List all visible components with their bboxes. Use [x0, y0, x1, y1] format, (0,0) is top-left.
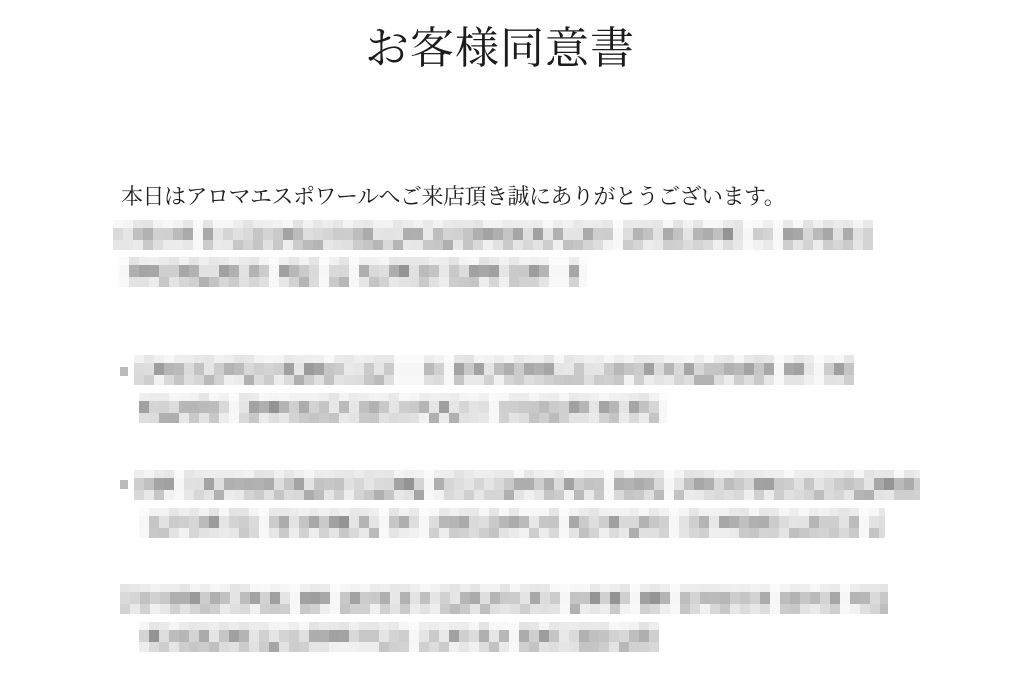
mosaic-cell: [330, 604, 340, 614]
mosaic-cell: [794, 363, 804, 375]
mosaic-cell: [169, 642, 179, 652]
mosaic-column: [683, 220, 693, 250]
mosaic-cell: [699, 516, 709, 528]
mosaic-cell: [689, 528, 699, 538]
mosaic-cell: [769, 528, 779, 538]
mosaic-cell: [314, 355, 324, 363]
mosaic-cell: [723, 228, 733, 240]
mosaic-cell: [220, 592, 230, 604]
mosaic-cell: [693, 220, 703, 228]
mosaic-column: [844, 355, 854, 385]
mosaic-cell: [514, 470, 524, 478]
mosaic-cell: [339, 630, 349, 642]
mosaic-cell: [244, 470, 254, 478]
mosaic-cell: [433, 220, 443, 228]
mosaic-column: [519, 622, 529, 652]
mosaic-cell: [560, 604, 570, 614]
mosaic-column: [784, 355, 794, 385]
mosaic-cell: [363, 228, 373, 240]
mosaic-cell: [169, 508, 179, 516]
mosaic-cell: [509, 508, 519, 516]
mosaic-cell: [769, 508, 779, 516]
mosaic-cell: [364, 355, 374, 363]
mosaic-cell: [419, 622, 429, 630]
mosaic-cell: [189, 508, 199, 516]
mosaic-cell: [543, 240, 553, 250]
mosaic-cell: [524, 355, 534, 363]
mosaic-cell: [864, 490, 874, 500]
mosaic-cell: [654, 490, 664, 500]
mosaic-column: [524, 355, 534, 385]
mosaic-cell: [209, 257, 219, 265]
mosaic-cell: [834, 363, 844, 375]
mosaic-cell: [354, 363, 364, 375]
mosaic-column: [664, 470, 674, 500]
mosaic-cell: [624, 490, 634, 500]
mosaic-cell: [139, 516, 149, 528]
mosaic-column: [420, 584, 430, 614]
mosaic-cell: [619, 516, 629, 528]
mosaic-cell: [429, 516, 439, 528]
mosaic-cell: [763, 220, 773, 228]
mosaic-cell: [289, 630, 299, 642]
mosaic-cell: [654, 355, 664, 363]
mosaic-cell: [509, 265, 519, 277]
mosaic-cell: [843, 220, 853, 228]
mosaic-cell: [723, 220, 733, 228]
mosaic-cell: [794, 375, 804, 385]
mosaic-column: [570, 584, 580, 614]
mosaic-cell: [319, 257, 329, 265]
mosaic-cell: [309, 277, 319, 287]
mosaic-cell: [864, 478, 874, 490]
mosaic-cell: [329, 257, 339, 265]
mosaic-cell: [703, 240, 713, 250]
mosaic-cell: [510, 604, 520, 614]
mosaic-column: [549, 257, 559, 287]
mosaic-cell: [814, 470, 824, 478]
mosaic-cell: [800, 592, 810, 604]
mosaic-column: [603, 220, 613, 250]
mosaic-cell: [519, 257, 529, 265]
mosaic-cell: [639, 630, 649, 642]
mosaic-cell: [519, 401, 529, 413]
mosaic-cell: [724, 375, 734, 385]
mosaic-column: [609, 622, 619, 652]
mosaic-column: [263, 220, 273, 250]
mosaic-column: [674, 470, 684, 500]
mosaic-column: [633, 220, 643, 250]
mosaic-cell: [789, 516, 799, 528]
mosaic-column: [509, 257, 519, 287]
mosaic-cell: [694, 375, 704, 385]
mosaic-column: [513, 220, 523, 250]
mosaic-cell: [169, 516, 179, 528]
mosaic-cell: [309, 642, 319, 652]
mosaic-column: [249, 508, 259, 538]
mosaic-column: [323, 220, 333, 250]
mosaic-column: [740, 584, 750, 614]
mosaic-cell: [309, 413, 319, 423]
mosaic-cell: [734, 363, 744, 375]
mosaic-cell: [449, 642, 459, 652]
mosaic-cell: [439, 516, 449, 528]
mosaic-cell: [594, 490, 604, 500]
mosaic-column: [279, 622, 289, 652]
mosaic-cell: [790, 584, 800, 592]
mosaic-cell: [190, 584, 200, 592]
mosaic-cell: [459, 508, 469, 516]
mosaic-cell: [854, 490, 864, 500]
mosaic-cell: [434, 375, 444, 385]
mosaic-cell: [354, 478, 364, 490]
mosaic-cell: [714, 478, 724, 490]
mosaic-cell: [309, 401, 319, 413]
mosaic-cell: [293, 220, 303, 228]
mosaic-column: [714, 355, 724, 385]
mosaic-cell: [349, 516, 359, 528]
mosaic-cell: [704, 490, 714, 500]
mosaic-cell: [240, 604, 250, 614]
mosaic-cell: [279, 642, 289, 652]
mosaic-column: [389, 257, 399, 287]
mosaic-cell: [399, 393, 409, 401]
mosaic-column: [349, 257, 359, 287]
mosaic-column: [194, 470, 204, 500]
mosaic-column: [690, 584, 700, 614]
mosaic-cell: [310, 584, 320, 592]
mosaic-column: [169, 257, 179, 287]
mosaic-cell: [349, 257, 359, 265]
mosaic-cell: [239, 528, 249, 538]
mosaic-cell: [539, 413, 549, 423]
mosaic-cell: [539, 401, 549, 413]
mosaic-cell: [134, 490, 144, 500]
mosaic-cell: [359, 630, 369, 642]
mosaic-cell: [389, 630, 399, 642]
mosaic-cell: [289, 265, 299, 277]
mosaic-cell: [674, 470, 684, 478]
mosaic-cell: [824, 375, 834, 385]
mosaic-cell: [224, 363, 234, 375]
mosaic-cell: [349, 265, 359, 277]
mosaic-column: [449, 393, 459, 423]
mosaic-cell: [544, 490, 554, 500]
mosaic-cell: [810, 604, 820, 614]
mosaic-cell: [774, 363, 784, 375]
mosaic-cell: [829, 528, 839, 538]
mosaic-cell: [629, 516, 639, 528]
mosaic-column: [569, 622, 579, 652]
mosaic-cell: [549, 630, 559, 642]
mosaic-cell: [520, 592, 530, 604]
mosaic-cell: [469, 516, 479, 528]
mosaic-cell: [134, 355, 144, 363]
mosaic-cell: [834, 478, 844, 490]
mosaic-cell: [329, 528, 339, 538]
mosaic-cell: [269, 265, 279, 277]
list-bullet: [120, 480, 128, 489]
mosaic-cell: [289, 413, 299, 423]
mosaic-cell: [804, 363, 814, 375]
mosaic-cell: [409, 265, 419, 277]
mosaic-column: [119, 257, 129, 287]
mosaic-cell: [304, 478, 314, 490]
mosaic-cell: [249, 277, 259, 287]
mosaic-cell: [334, 490, 344, 500]
mosaic-cell: [754, 375, 764, 385]
mosaic-cell: [223, 220, 233, 228]
mosaic-column: [659, 508, 669, 538]
mosaic-cell: [219, 622, 229, 630]
mosaic-cell: [700, 604, 710, 614]
mosaic-cell: [750, 604, 760, 614]
mosaic-cell: [189, 413, 199, 423]
mosaic-cell: [499, 630, 509, 642]
mosaic-cell: [563, 240, 573, 250]
mosaic-cell: [254, 363, 264, 375]
mosaic-column: [744, 355, 754, 385]
mosaic-cell: [620, 584, 630, 592]
mosaic-cell: [493, 240, 503, 250]
mosaic-cell: [604, 490, 614, 500]
mosaic-cell: [389, 401, 399, 413]
mosaic-cell: [289, 277, 299, 287]
mosaic-cell: [409, 413, 419, 423]
mosaic-cell: [804, 490, 814, 500]
mosaic-column: [280, 584, 290, 614]
mosaic-cell: [464, 355, 474, 363]
mosaic-column: [549, 393, 559, 423]
mosaic-column: [240, 584, 250, 614]
mosaic-cell: [639, 413, 649, 423]
mosaic-cell: [279, 401, 289, 413]
mosaic-cell: [173, 228, 183, 240]
mosaic-cell: [269, 622, 279, 630]
mosaic-cell: [659, 393, 667, 401]
mosaic-column: [664, 355, 674, 385]
mosaic-cell: [230, 584, 240, 592]
mosaic-column: [799, 508, 809, 538]
mosaic-cell: [139, 622, 149, 630]
mosaic-cell: [594, 470, 604, 478]
mosaic-cell: [229, 622, 239, 630]
mosaic-cell: [559, 277, 569, 287]
mosaic-cell: [169, 257, 179, 265]
mosaic-column: [309, 393, 319, 423]
mosaic-cell: [264, 355, 274, 363]
mosaic-column: [289, 508, 299, 538]
mosaic-cell: [519, 508, 529, 516]
mosaic-cell: [400, 584, 410, 592]
mosaic-cell: [610, 592, 620, 604]
mosaic-column: [333, 220, 343, 250]
mosaic-cell: [154, 470, 164, 478]
mosaic-cell: [610, 584, 620, 592]
mosaic-column: [440, 584, 450, 614]
mosaic-column: [469, 257, 479, 287]
mosaic-column: [269, 257, 279, 287]
mosaic-cell: [513, 228, 523, 240]
mosaic-cell: [189, 516, 199, 528]
mosaic-column: [569, 257, 579, 287]
mosaic-column: [573, 220, 583, 250]
mosaic-column: [819, 508, 829, 538]
mosaic-cell: [549, 393, 559, 401]
mosaic-cell: [733, 228, 743, 240]
mosaic-cell: [464, 490, 474, 500]
mosaic-cell: [904, 470, 914, 478]
mosaic-column: [224, 355, 234, 385]
mosaic-cell: [779, 508, 789, 516]
mosaic-cell: [249, 630, 259, 642]
mosaic-cell: [830, 592, 840, 604]
mosaic-cell: [199, 401, 209, 413]
mosaic-cell: [404, 470, 414, 478]
mosaic-cell: [669, 516, 679, 528]
mosaic-cell: [554, 375, 564, 385]
mosaic-cell: [209, 277, 219, 287]
mosaic-cell: [239, 257, 249, 265]
mosaic-cell: [229, 401, 239, 413]
mosaic-cell: [714, 355, 724, 363]
mosaic-cell: [270, 592, 280, 604]
mosaic-cell: [339, 622, 349, 630]
mosaic-cell: [519, 630, 529, 642]
mosaic-cell: [244, 375, 254, 385]
mosaic-column: [650, 584, 660, 614]
mosaic-cell: [113, 228, 123, 240]
mosaic-cell: [599, 630, 609, 642]
mosaic-cell: [844, 375, 854, 385]
mosaic-column: [583, 220, 593, 250]
mosaic-cell: [659, 508, 669, 516]
mosaic-column: [374, 470, 384, 500]
mosaic-column: [174, 470, 184, 500]
mosaic-column: [359, 622, 369, 652]
mosaic-cell: [569, 265, 579, 277]
mosaic-cell: [229, 257, 239, 265]
mosaic-cell: [639, 516, 649, 528]
mosaic-cell: [469, 393, 479, 401]
mosaic-column: [490, 584, 500, 614]
mosaic-column: [259, 257, 269, 287]
mosaic-cell: [369, 630, 379, 642]
mosaic-cell: [359, 393, 369, 401]
mosaic-cell: [549, 413, 559, 423]
mosaic-cell: [294, 363, 304, 375]
mosaic-cell: [324, 375, 334, 385]
mosaic-column: [494, 470, 504, 500]
mosaic-column: [679, 508, 689, 538]
mosaic-cell: [360, 604, 370, 614]
mosaic-cell: [259, 401, 269, 413]
mosaic-cell: [784, 478, 794, 490]
mosaic-cell: [200, 584, 210, 592]
mosaic-cell: [164, 363, 174, 375]
mosaic-cell: [724, 478, 734, 490]
mosaic-column: [489, 257, 499, 287]
mosaic-cell: [499, 642, 509, 652]
mosaic-cell: [459, 630, 469, 642]
mosaic-column: [209, 622, 219, 652]
mosaic-cell: [600, 604, 610, 614]
mosaic-cell: [794, 355, 804, 363]
mosaic-cell: [684, 375, 694, 385]
mosaic-cell: [494, 478, 504, 490]
mosaic-cell: [119, 265, 129, 277]
mosaic-cell: [243, 228, 253, 240]
mosaic-cell: [189, 277, 199, 287]
mosaic-column: [134, 355, 144, 385]
mosaic-cell: [459, 642, 469, 652]
mosaic-cell: [260, 584, 270, 592]
mosaic-cell: [554, 490, 564, 500]
mosaic-cell: [503, 228, 513, 240]
mosaic-column: [480, 584, 490, 614]
mosaic-cell: [794, 470, 804, 478]
mosaic-cell: [459, 401, 469, 413]
mosaic-column: [684, 355, 694, 385]
mosaic-column: [499, 622, 509, 652]
mosaic-column: [820, 584, 830, 614]
mosaic-cell: [369, 528, 379, 538]
mosaic-cell: [453, 240, 463, 250]
mosaic-column: [524, 470, 534, 500]
mosaic-cell: [253, 240, 263, 250]
mosaic-cell: [164, 355, 174, 363]
mosaic-column: [383, 220, 393, 250]
mosaic-cell: [244, 478, 254, 490]
mosaic-cell: [334, 478, 344, 490]
mosaic-cell: [304, 490, 314, 500]
mosaic-cell: [774, 470, 784, 478]
mosaic-cell: [799, 528, 809, 538]
mosaic-cell: [863, 220, 873, 228]
mosaic-cell: [560, 592, 570, 604]
mosaic-cell: [874, 478, 884, 490]
mosaic-cell: [329, 516, 339, 528]
mosaic-cell: [323, 220, 333, 228]
mosaic-column: [219, 622, 229, 652]
mosaic-cell: [479, 622, 489, 630]
mosaic-cell: [579, 265, 587, 277]
mosaic-cell: [163, 240, 173, 250]
mosaic-cell: [399, 413, 409, 423]
mosaic-column: [619, 508, 629, 538]
mosaic-column: [649, 622, 659, 652]
mosaic-cell: [589, 528, 599, 538]
mosaic-cell: [394, 490, 404, 500]
mosaic-cell: [504, 478, 514, 490]
mosaic-cell: [370, 592, 380, 604]
mosaic-cell: [569, 516, 579, 528]
mosaic-column: [454, 470, 464, 500]
mosaic-cell: [333, 220, 343, 228]
mosaic-column: [444, 470, 454, 500]
mosaic-cell: [663, 228, 673, 240]
mosaic-cell: [360, 592, 370, 604]
mosaic-cell: [149, 393, 159, 401]
mosaic-cell: [209, 508, 219, 516]
mosaic-column: [189, 393, 199, 423]
mosaic-column: [404, 355, 414, 385]
mosaic-cell: [570, 604, 580, 614]
mosaic-cell: [434, 470, 444, 478]
mosaic-column: [254, 470, 264, 500]
mosaic-cell: [430, 592, 440, 604]
mosaic-cell: [704, 355, 714, 363]
